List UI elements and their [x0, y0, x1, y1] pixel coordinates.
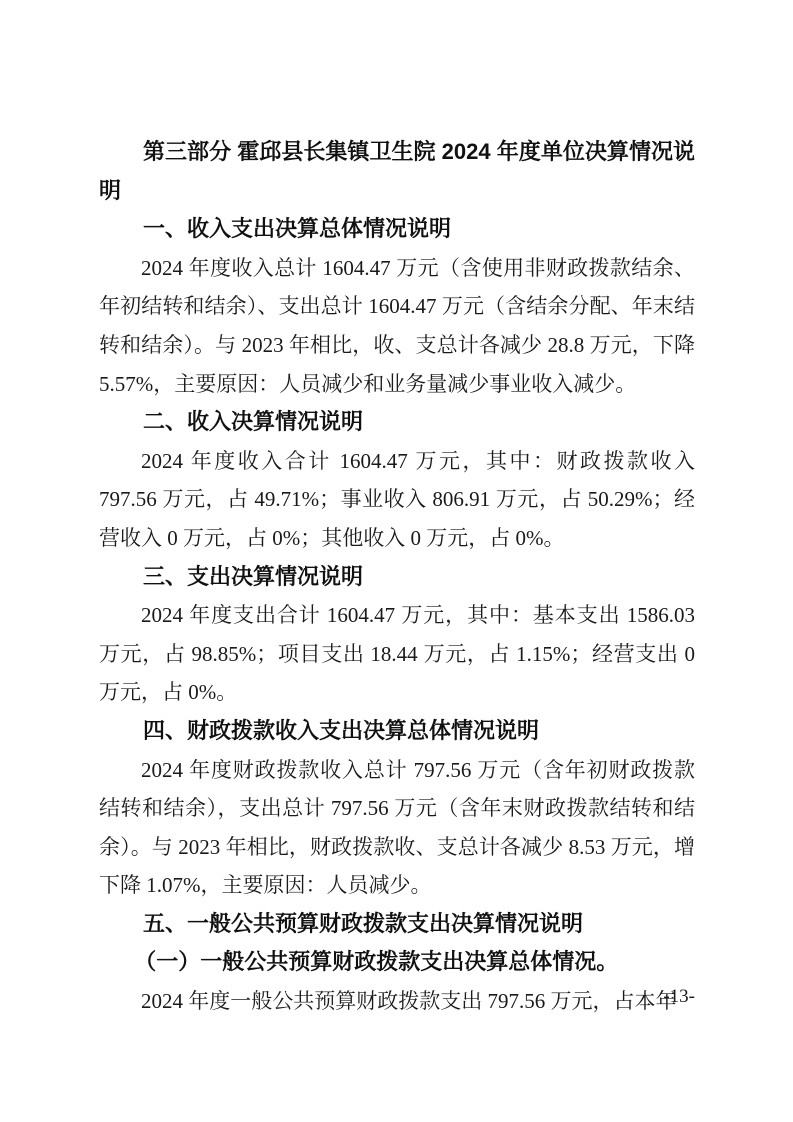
section-1: 一、收入支出决算总体情况说明 2024 年度收入总计 1604.47 万元（含使…	[99, 210, 695, 403]
section-3-heading: 三、支出决算情况说明	[99, 558, 695, 597]
document-title: 第三部分 霍邱县长集镇卫生院 2024 年度单位决算情况说明	[99, 133, 695, 210]
document-page: 第三部分 霍邱县长集镇卫生院 2024 年度单位决算情况说明 一、收入支出决算总…	[0, 0, 793, 1122]
section-2-heading: 二、收入决算情况说明	[99, 403, 695, 442]
section-2-paragraph: 2024 年度收入合计 1604.47 万元，其中：财政拨款收入 797.56 …	[99, 442, 695, 558]
section-3: 三、支出决算情况说明 2024 年度支出合计 1604.47 万元，其中：基本支…	[99, 558, 695, 712]
section-5-heading: 五、一般公共预算财政拨款支出决算情况说明	[99, 905, 695, 944]
section-2: 二、收入决算情况说明 2024 年度收入合计 1604.47 万元，其中：财政拨…	[99, 403, 695, 557]
section-1-heading: 一、收入支出决算总体情况说明	[99, 210, 695, 249]
section-4-heading: 四、财政拨款收入支出决算总体情况说明	[99, 712, 695, 751]
section-4-paragraph: 2024 年度财政拨款收入总计 797.56 万元（含年初财政拨款结转和结余），…	[99, 751, 695, 905]
section-3-paragraph: 2024 年度支出合计 1604.47 万元，其中：基本支出 1586.03 万…	[99, 596, 695, 712]
document-content: 第三部分 霍邱县长集镇卫生院 2024 年度单位决算情况说明 一、收入支出决算总…	[99, 133, 695, 1021]
section-5-subheading: （一）一般公共预算财政拨款支出决算总体情况。	[99, 943, 695, 982]
section-1-paragraph: 2024 年度收入总计 1604.47 万元（含使用非财政拨款结余、年初结转和结…	[99, 249, 695, 403]
page-number: -13-	[99, 986, 695, 1008]
section-4: 四、财政拨款收入支出决算总体情况说明 2024 年度财政拨款收入总计 797.5…	[99, 712, 695, 905]
